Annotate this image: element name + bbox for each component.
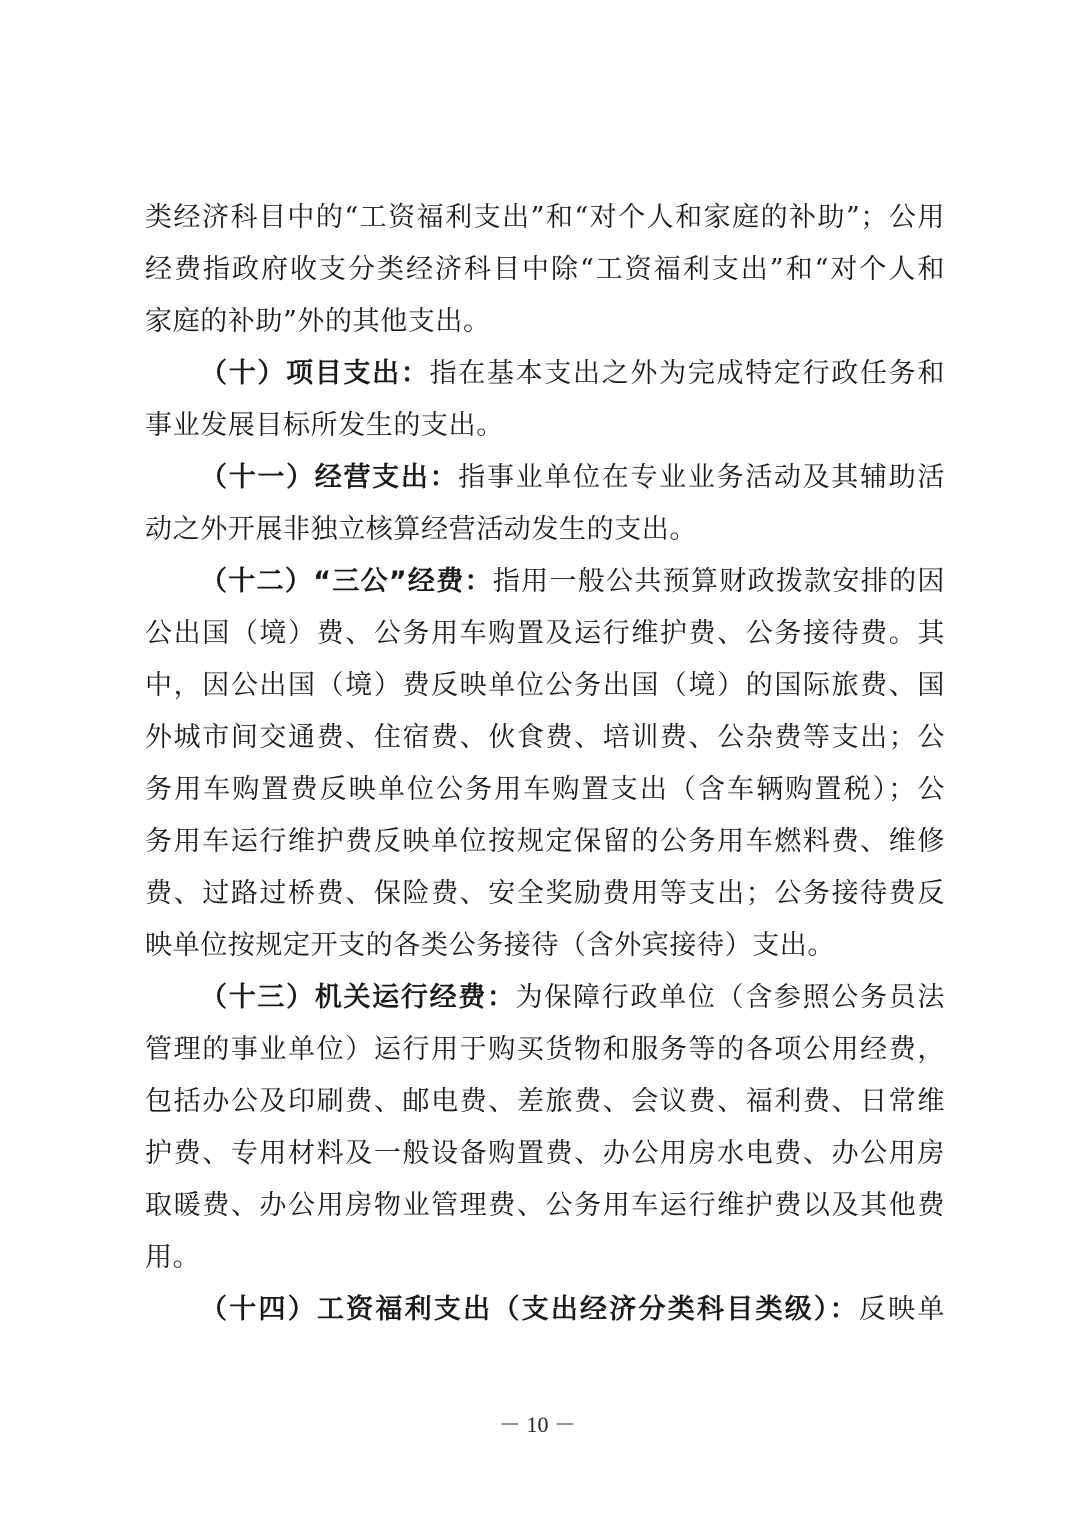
section-13-heading: （十三）机关运行经费： bbox=[200, 982, 516, 1013]
section-13-first-line: （十三）机关运行经费：为保障行政单位（含参照公务员法 bbox=[145, 978, 945, 1018]
text-line: 用。 bbox=[145, 1238, 945, 1278]
text-line: 外城市间交通费、住宿费、伙食费、培训费、公杂费等支出；公 bbox=[145, 718, 945, 758]
text-line: 费、过路过桥费、保险费、安全奖励费用等支出；公务接待费反 bbox=[145, 874, 945, 914]
text-line: 取暖费、办公用房物业管理费、公务用车运行维护费以及其他费 bbox=[145, 1186, 945, 1226]
section-11-heading: （十一）经营支出： bbox=[200, 462, 458, 493]
text-line: 中，因公出国（境）费反映单位公务出国（境）的国际旅费、国 bbox=[145, 666, 945, 706]
text-line: 事业发展目标所发生的支出。 bbox=[145, 406, 945, 446]
text-line: 务用车购置费反映单位公务用车购置支出（含车辆购置税）；公 bbox=[145, 770, 945, 810]
section-10-heading: （十）项目支出： bbox=[200, 358, 430, 389]
text-line: 经费指政府收支分类经济科目中除“工资福利支出”和“对个人和 bbox=[145, 250, 945, 290]
section-11-first-line: （十一）经营支出：指事业单位在专业业务活动及其辅助活 bbox=[145, 458, 945, 498]
text-line: 家庭的补助”外的其他支出。 bbox=[145, 302, 945, 342]
section-11-text: 指事业单位在专业业务活动及其辅助活 bbox=[458, 462, 945, 493]
document-page: 类经济科目中的“工资福利支出”和“对个人和家庭的补助”；公用 经费指政府收支分类… bbox=[0, 0, 1075, 1520]
text-line: 包括办公及印刷费、邮电费、差旅费、会议费、福利费、日常维 bbox=[145, 1082, 945, 1122]
text-line: 护费、专用材料及一般设备购置费、办公用房水电费、办公用房 bbox=[145, 1134, 945, 1174]
text-line: 公出国（境）费、公务用车购置及运行维护费、公务接待费。其 bbox=[145, 614, 945, 654]
text-line: 管理的事业单位）运行用于购买货物和服务等的各项公用经费， bbox=[145, 1030, 945, 1070]
section-14-heading: （十四）工资福利支出（支出经济分类科目类级）： bbox=[200, 1294, 859, 1325]
section-12-first-line: （十二）“三公”经费：指用一般公共预算财政拨款安排的因 bbox=[145, 562, 945, 602]
section-13-text: 为保障行政单位（含参照公务员法 bbox=[516, 982, 945, 1013]
text-line: 务用车运行维护费反映单位按规定保留的公务用车燃料费、维修 bbox=[145, 822, 945, 862]
section-10-text: 指在基本支出之外为完成特定行政任务和 bbox=[430, 358, 945, 389]
section-12-heading: （十二）“三公”经费： bbox=[200, 566, 493, 597]
section-12-text: 指用一般公共预算财政拨款安排的因 bbox=[493, 566, 945, 597]
text-line: 类经济科目中的“工资福利支出”和“对个人和家庭的补助”；公用 bbox=[145, 198, 945, 238]
section-10-first-line: （十）项目支出：指在基本支出之外为完成特定行政任务和 bbox=[145, 354, 945, 394]
text-line: 动之外开展非独立核算经营活动发生的支出。 bbox=[145, 510, 945, 550]
text-line: 映单位按规定开支的各类公务接待（含外宾接待）支出。 bbox=[145, 926, 945, 966]
section-14-first-line: （十四）工资福利支出（支出经济分类科目类级）：反映单 bbox=[145, 1290, 945, 1330]
section-14-text: 反映单 bbox=[859, 1294, 945, 1325]
page-number: － 10 － bbox=[0, 1408, 1075, 1439]
